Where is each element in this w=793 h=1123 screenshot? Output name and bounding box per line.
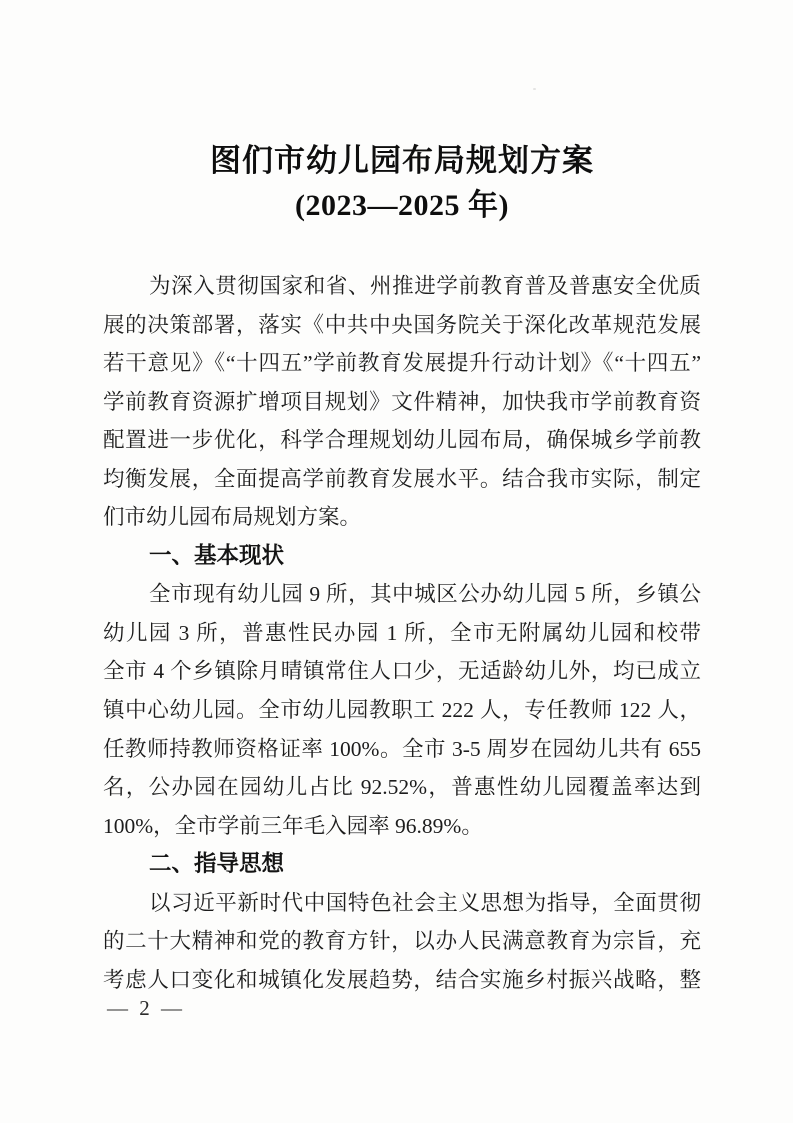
document-subtitle: (2023—2025 年) (103, 183, 701, 228)
text-line: 均衡发展，全面提高学前教育发展水平。结合我市实际，制定图 (103, 460, 701, 499)
text-line: 为深入贯彻国家和省、州推进学前教育普及普惠安全优质发 (103, 267, 701, 306)
text-line: 镇中心幼儿园。全市幼儿园教职工 222 人，专任教师 122 人，专 (103, 691, 701, 730)
text-line: 幼儿园 3 所，普惠性民办园 1 所，全市无附属幼儿园和校带园。 (103, 614, 701, 653)
text-line: 配置进一步优化，科学合理规划幼儿园布局，确保城乡学前教育 (103, 421, 701, 460)
document-body: 为深入贯彻国家和省、州推进学前教育普及普惠安全优质发 展的决策部署，落实《中共中… (103, 267, 701, 999)
text-line: 展的决策部署，落实《中共中央国务院关于深化改革规范发展的 (103, 306, 701, 345)
text-line: 若干意见》《“十四五”学前教育发展提升行动计划》《“十四五” (103, 344, 701, 383)
title-block: 图们市幼儿园布局规划方案 (2023—2025 年) (103, 138, 701, 228)
section-heading-basic-status: 一、基本现状 (103, 537, 701, 576)
text-line: 全市现有幼儿园 9 所，其中城区公办幼儿园 5 所，乡镇公办 (103, 575, 701, 614)
text-line: 100%，全市学前三年毛入园率 96.89%。 (103, 807, 701, 846)
page-number: — 2 — (107, 995, 185, 1021)
section-heading-guiding-ideology: 二、指导思想 (103, 845, 701, 884)
text-line: 学前教育资源扩增项目规划》文件精神，加快我市学前教育资源 (103, 383, 701, 422)
document-title: 图们市幼儿园布局规划方案 (103, 138, 701, 183)
text-line: 以习近平新时代中国特色社会主义思想为指导，全面贯彻党 (103, 884, 701, 923)
text-line: 考虑人口变化和城镇化发展趋势，结合实施乡村振兴战略，整体 (103, 961, 701, 1000)
text-line: 们市幼儿园布局规划方案。 (103, 498, 701, 537)
scanned-document-page: 图们市幼儿园布局规划方案 (2023—2025 年) 为深入贯彻国家和省、州推进… (0, 0, 793, 1123)
text-line: 的二十大精神和党的教育方针，以办人民满意教育为宗旨，充分 (103, 922, 701, 961)
text-line: 全市 4 个乡镇除月晴镇常住人口少，无适龄幼儿外，均已成立乡 (103, 652, 701, 691)
text-line: 名，公办园在园幼儿占比 92.52%，普惠性幼儿园覆盖率达到 (103, 768, 701, 807)
text-line: 任教师持教师资格证率 100%。全市 3-5 周岁在园幼儿共有 655 (103, 730, 701, 769)
scan-speck (533, 88, 536, 90)
